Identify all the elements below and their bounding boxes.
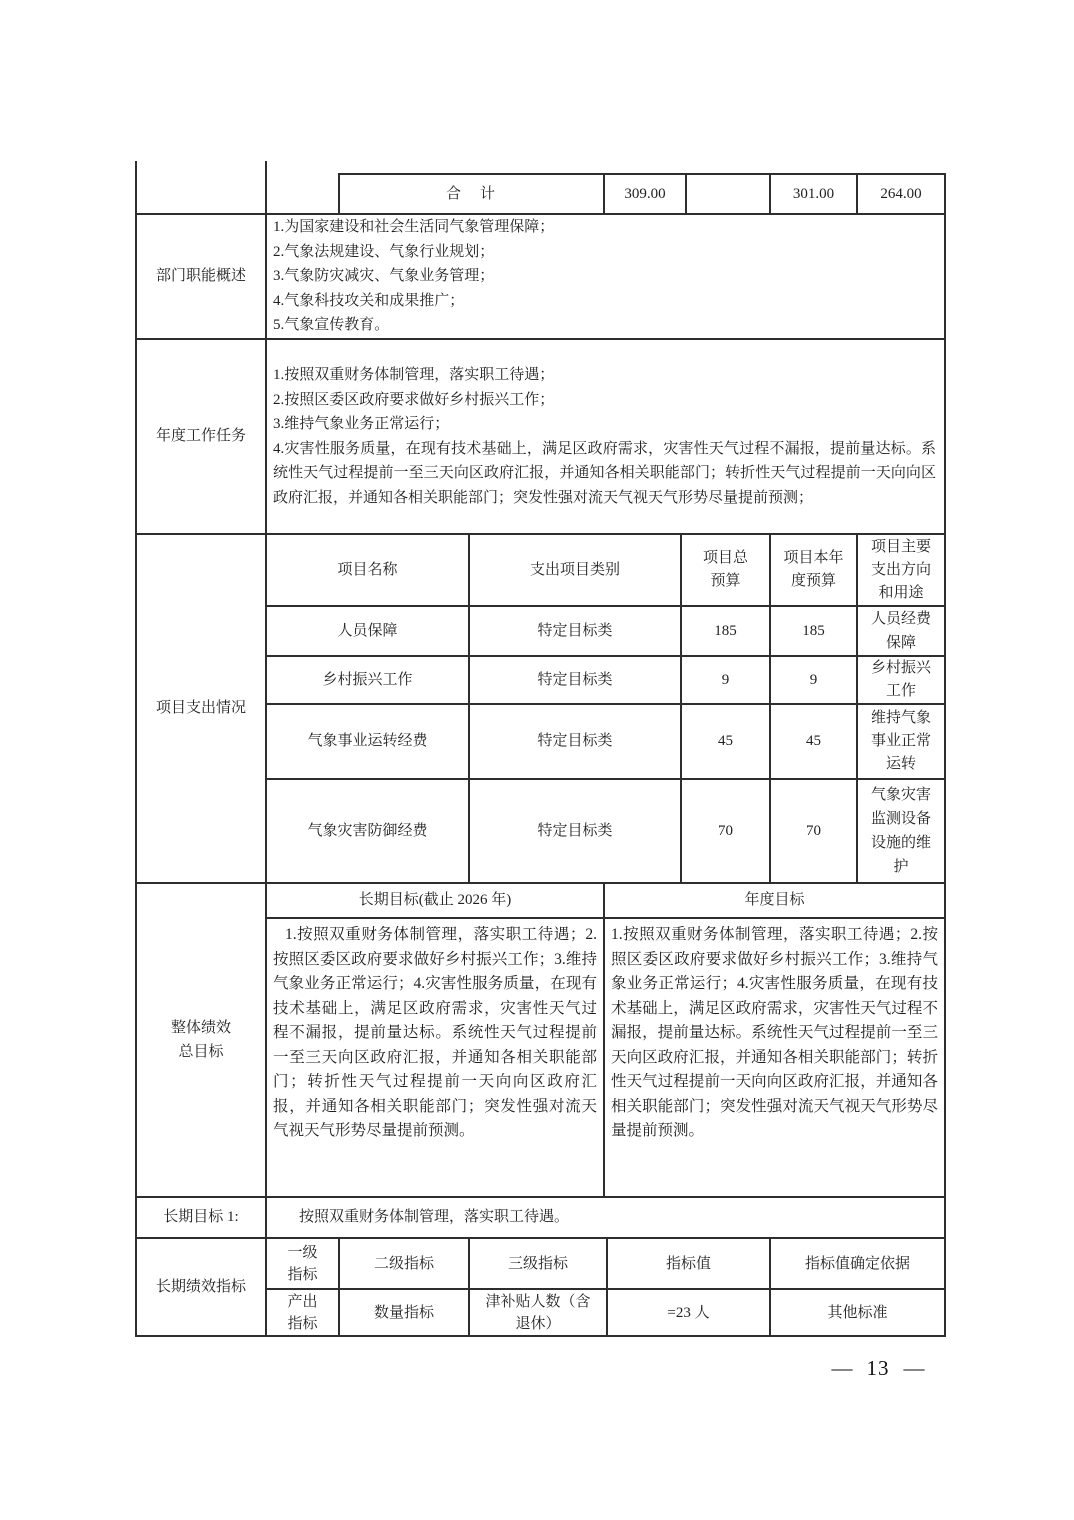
longterm-indicators-label: 长期绩效指标 [135, 1237, 265, 1335]
totals-value-4: 264.00 [856, 173, 944, 213]
document-page: 合 计 309.00 301.00 264.00 部门职能概述 1.为国家建设和… [0, 0, 1074, 1520]
totals-row: 合 计 309.00 301.00 264.00 [135, 173, 944, 213]
indicator-value: =23 人 [606, 1288, 769, 1335]
project-annual: 9 [769, 655, 856, 703]
project-purpose: 乡村振兴工作 [856, 655, 944, 703]
budget-performance-table: 合 计 309.00 301.00 264.00 部门职能概述 1.为国家建设和… [135, 173, 946, 1337]
goals-body-row: 1.按照双重财务体制管理，落实职工待遇；2.按照区委区政府要求做好乡村振兴工作；… [265, 917, 944, 1196]
col-header-level2: 二级指标 [338, 1237, 468, 1288]
table-continuation-stub-mid [265, 161, 267, 173]
indicator-level2: 数量指标 [338, 1288, 468, 1335]
project-category: 特定目标类 [468, 778, 680, 882]
table-continuation-stub-left [135, 161, 137, 173]
table-row: 气象事业运转经费 特定目标类 45 45 维持气象事业正常运转 [265, 703, 944, 778]
project-purpose: 维持气象事业正常运转 [856, 703, 944, 778]
project-purpose: 人员经费保障 [856, 605, 944, 655]
col-header-level3: 三级指标 [468, 1237, 606, 1288]
project-category: 特定目标类 [468, 605, 680, 655]
project-name: 气象事业运转经费 [265, 703, 468, 778]
overall-performance-label: 整体绩效 总目标 [135, 882, 265, 1196]
project-total: 45 [680, 703, 769, 778]
project-annual: 45 [769, 703, 856, 778]
project-total: 9 [680, 655, 769, 703]
page-number-dash-right: — [904, 1356, 925, 1381]
table-row: 乡村振兴工作 特定目标类 9 9 乡村振兴工作 [265, 655, 944, 703]
overall-performance-section: 整体绩效 总目标 长期目标(截止 2026 年) 年度目标 1.按照双重财务体制… [135, 882, 944, 1196]
col-header-category: 支出项目类别 [468, 533, 680, 605]
indicators-header-row: 一级指标 二级指标 三级指标 指标值 指标值确定依据 [265, 1237, 944, 1288]
totals-label: 合 计 [338, 173, 603, 213]
dept-overview-row: 部门职能概述 1.为国家建设和社会生活同气象管理保障； 2.气象法规建设、气象行… [135, 213, 944, 338]
page-number-value: 13 [867, 1356, 890, 1381]
longterm-goal1-label: 长期目标 1: [135, 1196, 265, 1237]
col-header-project-name: 项目名称 [265, 533, 468, 605]
indicators-data-row: 产出指标 数量指标 津补贴人数（含退休） =23 人 其他标准 [265, 1288, 944, 1335]
col-header-basis: 指标值确定依据 [769, 1237, 944, 1288]
project-total: 70 [680, 778, 769, 882]
project-category: 特定目标类 [468, 655, 680, 703]
page-number-dash-left: — [832, 1356, 853, 1381]
project-purpose: 气象灾害监测设备设施的维护 [856, 778, 944, 882]
totals-value-1: 309.00 [603, 173, 685, 213]
page-number: — 13 — [818, 1356, 938, 1381]
table-row: 人员保障 特定目标类 185 185 人员经费保障 [265, 605, 944, 655]
annual-goal-header: 年度目标 [603, 882, 944, 917]
col-header-value: 指标值 [606, 1237, 769, 1288]
indicator-basis: 其他标准 [769, 1288, 944, 1335]
goals-header-row: 长期目标(截止 2026 年) 年度目标 [265, 882, 944, 917]
table-row: 气象灾害防御经费 特定目标类 70 70 气象灾害监测设备设施的维护 [265, 778, 944, 882]
project-name: 气象灾害防御经费 [265, 778, 468, 882]
project-annual: 185 [769, 605, 856, 655]
project-expenditure-label: 项目支出情况 [135, 533, 265, 882]
col-header-purpose: 项目主要支出方向和用途 [856, 533, 944, 605]
annual-tasks-label: 年度工作任务 [135, 338, 265, 533]
col-header-total-budget: 项目总预算 [680, 533, 769, 605]
totals-empty-cell-1 [135, 173, 265, 213]
totals-empty-cell-2 [265, 173, 338, 213]
indicator-level1: 产出指标 [265, 1288, 338, 1335]
longterm-goal1-row: 长期目标 1: 按照双重财务体制管理，落实职工待遇。 [135, 1196, 944, 1237]
project-expenditure-section: 项目支出情况 项目名称 支出项目类别 项目总预算 项目本年度预算 项目主要支出方… [135, 533, 944, 882]
totals-value-2 [685, 173, 769, 213]
longterm-indicators-section: 长期绩效指标 一级指标 二级指标 三级指标 指标值 指标值确定依据 产出指标 数… [135, 1237, 944, 1335]
project-header-row: 项目名称 支出项目类别 项目总预算 项目本年度预算 项目主要支出方向和用途 [265, 533, 944, 605]
annual-goal-text: 1.按照双重财务体制管理，落实职工待遇；2.按照区委区政府要求做好乡村振兴工作；… [603, 917, 944, 1196]
longterm-goal1-text: 按照双重财务体制管理，落实职工待遇。 [265, 1196, 944, 1237]
annual-tasks-row: 年度工作任务 1.按照双重财务体制管理，落实职工待遇； 2.按照区委区政府要求做… [135, 338, 944, 533]
col-header-level1: 一级指标 [265, 1237, 338, 1288]
dept-overview-label: 部门职能概述 [135, 213, 265, 338]
longterm-goal-text: 1.按照双重财务体制管理，落实职工待遇；2.按照区委区政府要求做好乡村振兴工作；… [265, 917, 603, 1196]
col-header-annual-budget: 项目本年度预算 [769, 533, 856, 605]
totals-value-3: 301.00 [769, 173, 856, 213]
dept-overview-text: 1.为国家建设和社会生活同气象管理保障； 2.气象法规建设、气象行业规划； 3.… [265, 213, 944, 338]
indicator-level3: 津补贴人数（含退休） [468, 1288, 606, 1335]
project-annual: 70 [769, 778, 856, 882]
project-category: 特定目标类 [468, 703, 680, 778]
project-total: 185 [680, 605, 769, 655]
annual-tasks-text: 1.按照双重财务体制管理，落实职工待遇； 2.按照区委区政府要求做好乡村振兴工作… [265, 338, 944, 533]
project-name: 乡村振兴工作 [265, 655, 468, 703]
longterm-goal-header: 长期目标(截止 2026 年) [265, 882, 603, 917]
project-name: 人员保障 [265, 605, 468, 655]
